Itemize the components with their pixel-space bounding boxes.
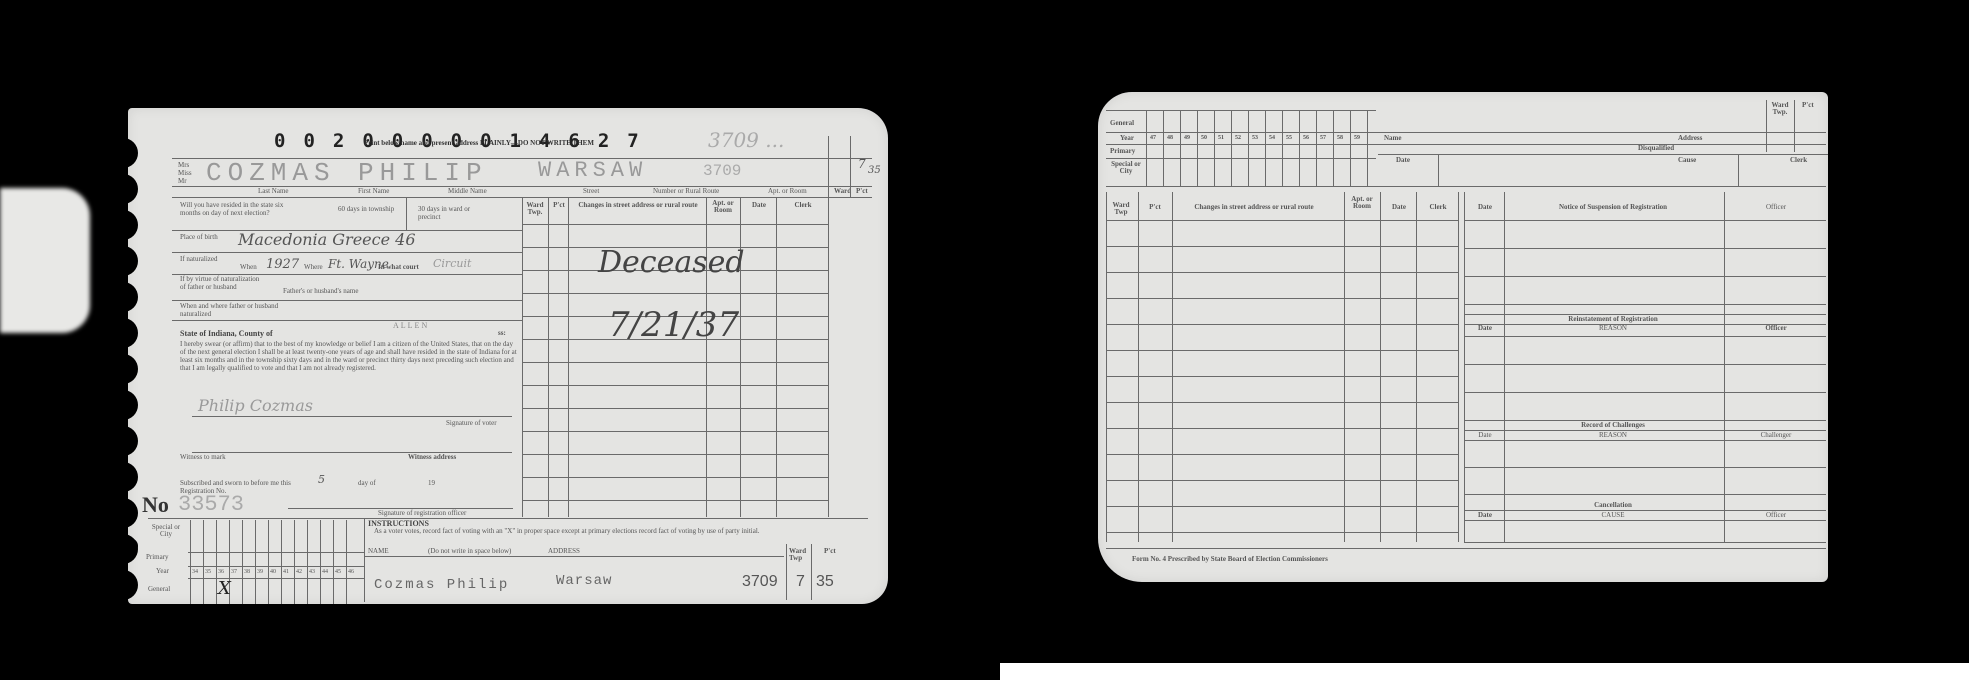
rule-line bbox=[1248, 110, 1249, 186]
instr-ward-label: Ward Twp bbox=[789, 548, 811, 562]
grid-year-38: 38 bbox=[244, 569, 250, 575]
edge-notch bbox=[108, 138, 138, 168]
naturalized-label: If naturalized bbox=[180, 256, 220, 264]
rule-line bbox=[1106, 454, 1458, 455]
edge-notch bbox=[108, 246, 138, 276]
rule-line bbox=[1464, 440, 1826, 441]
rule-line bbox=[522, 408, 828, 409]
entry-date: 7/21/37 bbox=[608, 308, 739, 342]
entry-deceased: Deceased bbox=[598, 248, 745, 278]
back-col-changes: Changes in street address or rural route bbox=[1174, 204, 1334, 211]
grid-year-44: 44 bbox=[322, 569, 328, 575]
reinstatement-title: Reinstatement of Registration bbox=[1498, 316, 1728, 323]
rule-line bbox=[522, 224, 828, 225]
grid-year-54: 54 bbox=[1269, 135, 1275, 141]
grid-year-43: 43 bbox=[309, 569, 315, 575]
voter-signature: Philip Cozmas bbox=[198, 398, 313, 414]
front-card: 0020000014627 Print below name and prese… bbox=[128, 108, 888, 604]
front-grid-primary: Primary bbox=[146, 554, 169, 561]
rule-line bbox=[1724, 192, 1725, 542]
subscribed-label: Subscribed and sworn to before me this bbox=[180, 480, 291, 487]
viewer-bottom-bar bbox=[1000, 663, 1969, 680]
number-value: 3709 bbox=[703, 163, 741, 179]
back-col-ward: Ward Twp bbox=[1106, 202, 1136, 216]
grid-year-47: 47 bbox=[1150, 135, 1156, 141]
rule-line bbox=[1106, 402, 1458, 403]
rule-line bbox=[1106, 324, 1458, 325]
title-mr: Mr bbox=[178, 178, 187, 185]
rule-line bbox=[1464, 220, 1826, 221]
back-pct-label: P'ct bbox=[1802, 102, 1814, 109]
reinstatement-date: Date bbox=[1468, 325, 1502, 332]
rule-line bbox=[307, 520, 308, 604]
rule-line bbox=[522, 431, 828, 432]
grid-year-37: 37 bbox=[231, 569, 237, 575]
back-col-date: Date bbox=[1384, 204, 1414, 211]
cancellation-officer: Officer bbox=[1728, 512, 1824, 519]
street-value: WARSAW bbox=[538, 160, 647, 182]
label-last-name: Last Name bbox=[258, 188, 289, 195]
rule-line bbox=[1333, 110, 1334, 186]
grid-year-39: 39 bbox=[257, 569, 263, 575]
rule-line bbox=[1464, 542, 1826, 543]
rule-line bbox=[522, 293, 828, 294]
rule-line bbox=[1197, 110, 1198, 186]
instr-address-label: ADDRESS bbox=[548, 548, 580, 555]
rule-line bbox=[1106, 428, 1458, 429]
front-col-pct: P'ct bbox=[550, 202, 568, 209]
rule-line bbox=[1464, 276, 1826, 277]
suspension-title: Notice of Suspension of Registration bbox=[1508, 204, 1718, 211]
grid-year-40: 40 bbox=[270, 569, 276, 575]
title-miss: Miss bbox=[178, 170, 192, 177]
rule-line bbox=[333, 520, 334, 604]
rule-line bbox=[1464, 392, 1826, 393]
rule-line bbox=[1464, 192, 1465, 542]
hole-punch bbox=[122, 538, 138, 554]
court-label: In what court bbox=[378, 264, 419, 271]
ward-value: 7 bbox=[858, 158, 866, 170]
rule-line bbox=[346, 520, 347, 604]
instr-do-not-write: (Do not write in space below) bbox=[428, 548, 511, 555]
rule-line bbox=[828, 197, 829, 517]
grid-year-48: 48 bbox=[1167, 135, 1173, 141]
ss-label: ss: bbox=[498, 330, 506, 337]
edge-notch bbox=[108, 498, 138, 528]
rule-line bbox=[1106, 298, 1458, 299]
label-pct: P'ct bbox=[856, 188, 868, 195]
edge-notch bbox=[108, 174, 138, 204]
rule-line bbox=[1138, 192, 1139, 542]
grid-year-52: 52 bbox=[1235, 135, 1241, 141]
rule-line bbox=[1282, 110, 1283, 186]
rule-line bbox=[522, 477, 828, 478]
rule-line bbox=[1464, 364, 1826, 365]
edge-notch bbox=[108, 282, 138, 312]
label-number: Number or Rural Route bbox=[653, 188, 719, 195]
grid-year-41: 41 bbox=[283, 569, 289, 575]
residency-question: Will you have resided in the state six m… bbox=[180, 202, 290, 217]
rule-line bbox=[1106, 272, 1458, 273]
label-ward: Ward bbox=[834, 188, 851, 195]
grid-year-45: 45 bbox=[335, 569, 341, 575]
edge-notch bbox=[108, 570, 138, 600]
front-grid-general: General bbox=[148, 586, 170, 593]
rule-line bbox=[1464, 248, 1826, 249]
rule-line bbox=[294, 520, 295, 604]
rule-line bbox=[1464, 304, 1826, 305]
birth-label: Place of birth bbox=[180, 234, 220, 242]
rule-line bbox=[1344, 192, 1345, 542]
edge-notch bbox=[108, 318, 138, 348]
instructions-text: As a voter votes, record fact of voting … bbox=[374, 528, 824, 536]
rule-line bbox=[268, 520, 269, 604]
rule-line bbox=[522, 500, 828, 501]
rule-line bbox=[1458, 192, 1459, 542]
grid-year-50: 50 bbox=[1201, 135, 1207, 141]
front-col-changes: Changes in street address or rural route bbox=[570, 202, 706, 209]
rule-line bbox=[1106, 246, 1458, 247]
back-col-clerk: Clerk bbox=[1418, 204, 1458, 211]
rule-line bbox=[255, 520, 256, 604]
back-clerk-label: Clerk bbox=[1790, 157, 1807, 164]
rule-line bbox=[1350, 110, 1351, 186]
witness-label: Witness to mark bbox=[180, 454, 226, 461]
oath-text: I hereby swear (or affirm) that to the b… bbox=[180, 340, 518, 372]
rule-line bbox=[522, 362, 828, 363]
grid-year-53: 53 bbox=[1252, 135, 1258, 141]
rule-line bbox=[203, 520, 204, 604]
rule-line bbox=[1106, 220, 1458, 221]
back-col-pct: P'ct bbox=[1140, 204, 1170, 211]
grid-year-58: 58 bbox=[1337, 135, 1343, 141]
grid-year-46: 46 bbox=[348, 569, 354, 575]
where-label: Where bbox=[304, 264, 323, 271]
front-col-ward: Ward Twp. bbox=[524, 202, 546, 216]
witness-address-label: Witness address bbox=[408, 454, 456, 461]
rule-line bbox=[1299, 110, 1300, 186]
rule-line bbox=[216, 520, 217, 604]
when-label: When bbox=[240, 264, 257, 271]
typed-number: 3709 bbox=[742, 574, 778, 590]
father-name-label: Father's or husband's name bbox=[283, 288, 358, 295]
suspension-date: Date bbox=[1468, 204, 1502, 211]
first-name-value: PHILIP bbox=[358, 160, 488, 186]
when-value: 1927 bbox=[266, 258, 299, 271]
challenges-reason: REASON bbox=[1508, 432, 1718, 439]
back-grid-primary: Primary bbox=[1110, 148, 1135, 155]
rule-line bbox=[1106, 192, 1107, 542]
year-label: 19 bbox=[428, 480, 435, 487]
rule-line bbox=[188, 566, 364, 567]
father-when-label: When and where father or husband natural… bbox=[180, 303, 280, 318]
back-grid-general: General bbox=[1110, 120, 1134, 127]
grid-year-34: 34 bbox=[192, 569, 198, 575]
rule-line bbox=[1464, 467, 1826, 468]
rule-line bbox=[1214, 110, 1215, 186]
court-value: Circuit bbox=[433, 258, 471, 269]
last-name-value: COZMAS bbox=[206, 160, 336, 186]
rule-line bbox=[522, 385, 828, 386]
rule-line bbox=[1504, 192, 1505, 542]
edge-notch bbox=[108, 390, 138, 420]
rule-line bbox=[1316, 110, 1317, 186]
rule-line bbox=[1464, 520, 1826, 521]
edge-notch bbox=[108, 210, 138, 240]
typed-street: Warsaw bbox=[556, 574, 612, 588]
front-grid-special: Special or City bbox=[146, 524, 186, 538]
instr-name-label: NAME bbox=[368, 548, 389, 555]
suspension-officer: Officer bbox=[1728, 204, 1824, 211]
rule-line bbox=[1146, 110, 1147, 186]
back-disqualified-label: Disqualified bbox=[1638, 145, 1674, 152]
front-grid-year: Year bbox=[156, 568, 169, 575]
rule-line bbox=[1464, 336, 1826, 337]
challenges-date: Date bbox=[1468, 432, 1502, 439]
label-first-name: First Name bbox=[358, 188, 389, 195]
grid-year-51: 51 bbox=[1218, 135, 1224, 141]
front-col-clerk: Clerk bbox=[778, 202, 828, 209]
back-col-apt: Apt. or Room bbox=[1348, 196, 1376, 210]
header-handwritten: 3709 ... bbox=[708, 130, 784, 150]
edge-notch bbox=[108, 462, 138, 492]
front-col-apt: Apt. or Room bbox=[708, 200, 738, 214]
typed-name: Cozmas Philip bbox=[374, 578, 509, 592]
stray-card-edge bbox=[0, 188, 90, 333]
grid-year-35: 35 bbox=[205, 569, 211, 575]
front-col-date: Date bbox=[742, 202, 776, 209]
rule-line bbox=[1106, 506, 1458, 507]
general-mark-34: X bbox=[218, 580, 231, 598]
back-grid-year: Year bbox=[1120, 135, 1134, 142]
label-middle-name: Middle Name bbox=[448, 188, 487, 195]
registration-no-prefix: No bbox=[142, 494, 169, 516]
rule-line bbox=[281, 520, 282, 604]
grid-year-49: 49 bbox=[1184, 135, 1190, 141]
rule-line bbox=[1172, 192, 1173, 542]
rule-line bbox=[1106, 376, 1458, 377]
edge-notch bbox=[108, 354, 138, 384]
father-label: If by virtue of naturalization of father… bbox=[180, 276, 260, 291]
back-cause-label: Cause bbox=[1678, 157, 1696, 164]
back-footer: Form No. 4 Prescribed by State Board of … bbox=[1132, 556, 1328, 563]
rule-line bbox=[1464, 420, 1826, 421]
rule-line bbox=[242, 520, 243, 604]
typed-ward: 7 bbox=[796, 574, 805, 590]
rule-line bbox=[1265, 110, 1266, 186]
rule-line bbox=[188, 552, 364, 553]
rule-line bbox=[320, 520, 321, 604]
rule-line bbox=[190, 520, 191, 604]
day-of-label: day of bbox=[358, 480, 376, 487]
back-address-label: Address bbox=[1678, 135, 1702, 142]
rule-line bbox=[1367, 110, 1368, 186]
state-label: State of Indiana, County of bbox=[180, 330, 273, 338]
rule-line bbox=[1464, 494, 1826, 495]
registration-no-value: 33573 bbox=[178, 494, 244, 516]
county-value: ALLEN bbox=[393, 322, 429, 330]
back-grid-special: Special or City bbox=[1108, 161, 1144, 175]
edge-notch bbox=[108, 426, 138, 456]
cancellation-title: Cancellation bbox=[1498, 502, 1728, 509]
grid-year-42: 42 bbox=[296, 569, 302, 575]
back-card: General Year Primary Special or City 474… bbox=[1098, 92, 1828, 582]
grid-year-59: 59 bbox=[1354, 135, 1360, 141]
residency-60-days: 60 days in township bbox=[338, 206, 398, 214]
reinstatement-officer: Officer bbox=[1728, 325, 1824, 332]
grid-year-56: 56 bbox=[1303, 135, 1309, 141]
rule-line bbox=[1106, 548, 1826, 549]
rule-line bbox=[1231, 110, 1232, 186]
rule-line bbox=[1106, 532, 1458, 533]
typed-pct: 35 bbox=[816, 574, 834, 590]
rule-line bbox=[1163, 110, 1164, 186]
cancellation-cause: CAUSE bbox=[1508, 512, 1718, 519]
reinstatement-reason: REASON bbox=[1508, 325, 1718, 332]
header-instruction: Print below name and present address PLA… bbox=[364, 140, 594, 147]
rule-line bbox=[188, 578, 364, 579]
rule-line bbox=[1180, 110, 1181, 186]
label-street: Street bbox=[583, 188, 599, 195]
rule-line bbox=[1380, 192, 1381, 542]
subscribed-day: 5 bbox=[318, 474, 325, 485]
back-name-label: Name bbox=[1384, 135, 1402, 142]
rule-line bbox=[1106, 350, 1458, 351]
residency-30-days: 30 days in ward or precinct bbox=[418, 206, 488, 221]
grid-year-55: 55 bbox=[1286, 135, 1292, 141]
back-date-label: Date bbox=[1396, 157, 1410, 164]
label-apt: Apt. or Room bbox=[768, 188, 807, 195]
grid-year-36: 36 bbox=[218, 569, 224, 575]
birth-value: Macedonia Greece 46 bbox=[238, 232, 416, 248]
rule-line bbox=[1416, 192, 1417, 542]
back-ward-label: Ward Twp. bbox=[1768, 102, 1792, 116]
challenges-title: Record of Challenges bbox=[1498, 422, 1728, 429]
signature-label: Signature of voter bbox=[446, 420, 497, 427]
challenges-challenger: Challenger bbox=[1728, 432, 1824, 439]
rule-line bbox=[522, 454, 828, 455]
pct-value: 35 bbox=[868, 166, 881, 176]
rule-line bbox=[1106, 480, 1458, 481]
grid-year-57: 57 bbox=[1320, 135, 1326, 141]
instr-pct-label: P'ct bbox=[824, 548, 836, 555]
cancellation-date: Date bbox=[1468, 512, 1502, 519]
title-mrs: Mrs bbox=[178, 162, 189, 169]
officer-signature-label: Signature of registration officer bbox=[378, 510, 466, 517]
